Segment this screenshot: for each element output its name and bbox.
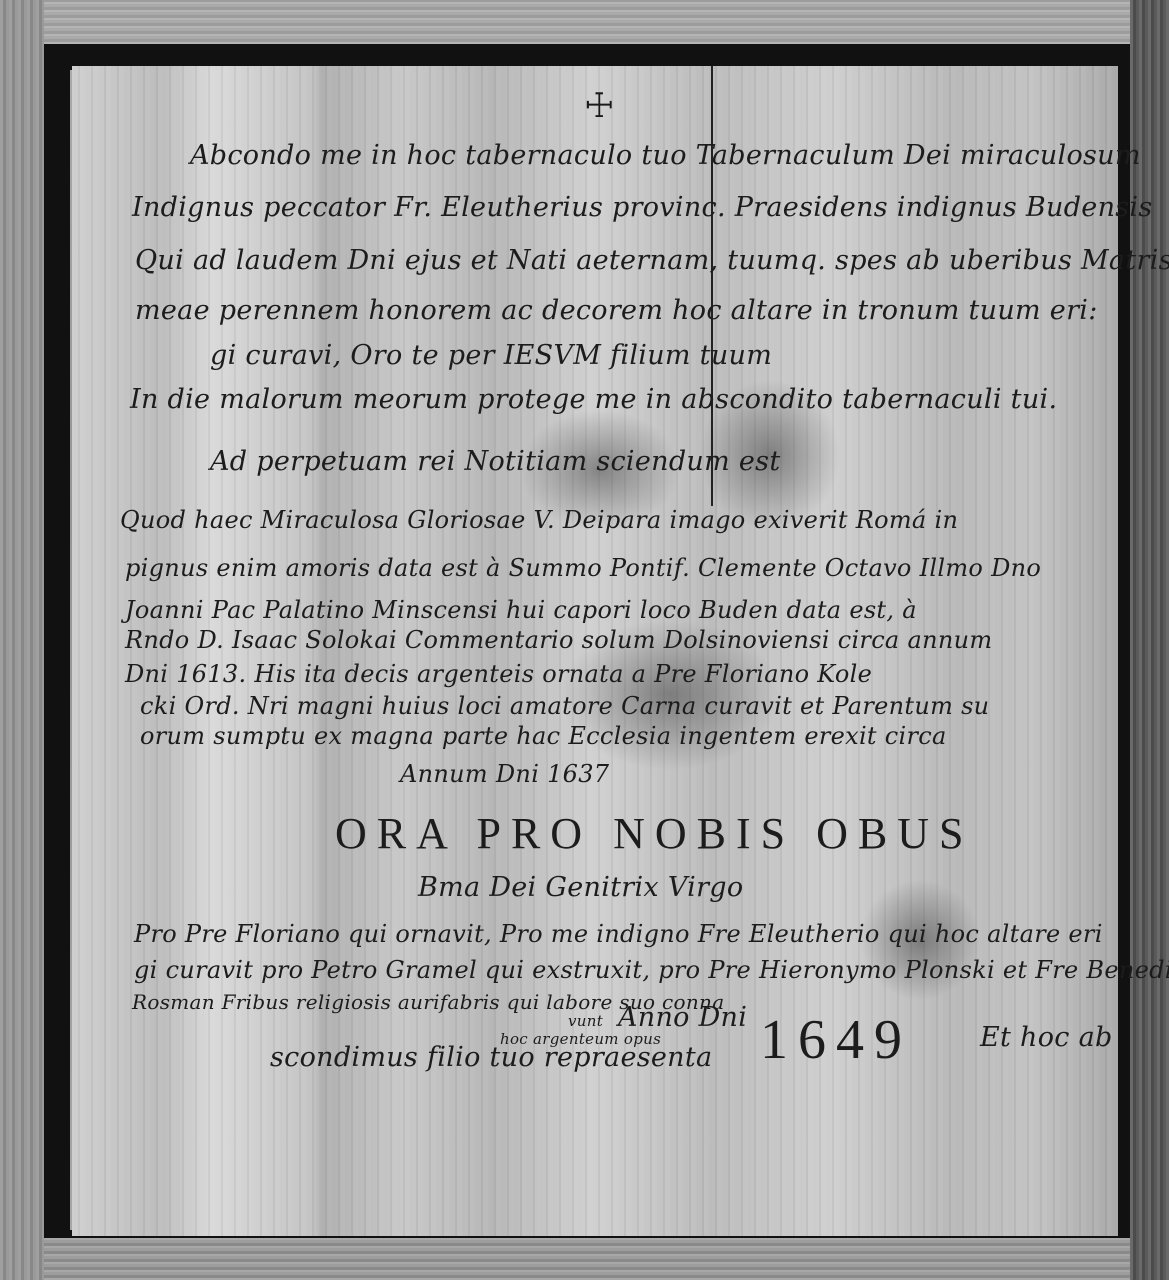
inscription-line-9: pignus enim amoris data est à Summo Pont…	[125, 554, 1041, 582]
inscription-line-14: orum sumptu ex magna parte hac Ecclesia …	[140, 722, 947, 750]
inscription-line-2: Indignus peccator Fr. Eleutherius provin…	[132, 192, 1153, 223]
frame-top-rail	[0, 0, 1169, 44]
inscription-line-21-end: Et hoc ab	[980, 1022, 1113, 1053]
inscription-line-6: In die malorum meorum protege me in absc…	[130, 384, 1057, 415]
inscription-heading-ora-pro-nobis: ORA PRO NOBIS OBUS	[335, 808, 973, 859]
photo-wooden-panel: ☩ Abcondo me in hoc tabernaculo tuo Tabe…	[0, 0, 1169, 1280]
inscription-line-7: Ad perpetuam rei Notitiam sciendum est	[210, 446, 780, 477]
inscription-line-11: Rndo D. Isaac Solokai Commentario solum …	[125, 626, 992, 654]
inscription-line-12: Dni 1613. His ita decis argenteis ornata…	[125, 660, 872, 688]
inscription-line-17: Bma Dei Genitrix Virgo	[418, 872, 743, 903]
cross-icon: ☩	[584, 88, 614, 124]
inscription-line-20-superscript: vunt	[568, 1012, 603, 1030]
inscription-line-10: Joanni Pac Palatino Minscensi hui capori…	[125, 596, 917, 624]
inscription-line-1: Abcondo me in hoc tabernaculo tuo Tabern…	[190, 140, 1141, 171]
inscription-line-18: Pro Pre Floriano qui ornavit, Pro me ind…	[134, 920, 1103, 948]
inscription-line-19: gi curavit pro Petro Gramel qui exstruxi…	[134, 956, 1169, 984]
inscription-line-15-date: Annum Dni 1637	[400, 760, 609, 788]
frame-bottom-rail	[0, 1238, 1169, 1280]
inscription-year-1649: 1649	[760, 1008, 912, 1072]
inscription-line-22: scondimus filio tuo repraesenta	[270, 1042, 712, 1073]
inscription-line-5: gi curavi, Oro te per IESVM filium tuum	[210, 340, 772, 371]
inscription-line-8: Quod haec Miraculosa Gloriosae V. Deipar…	[120, 506, 958, 534]
inscription-anno-domini: Anno Dni	[618, 1002, 747, 1033]
inscription-line-4: meae perennem honorem ac decorem hoc alt…	[135, 295, 1098, 326]
frame-left-stile	[0, 0, 44, 1280]
inscription-line-3: Qui ad laudem Dni ejus et Nati aeternam,…	[135, 245, 1169, 276]
inscription-line-13: cki Ord. Nri magni huius loci amatore Ca…	[140, 692, 989, 720]
